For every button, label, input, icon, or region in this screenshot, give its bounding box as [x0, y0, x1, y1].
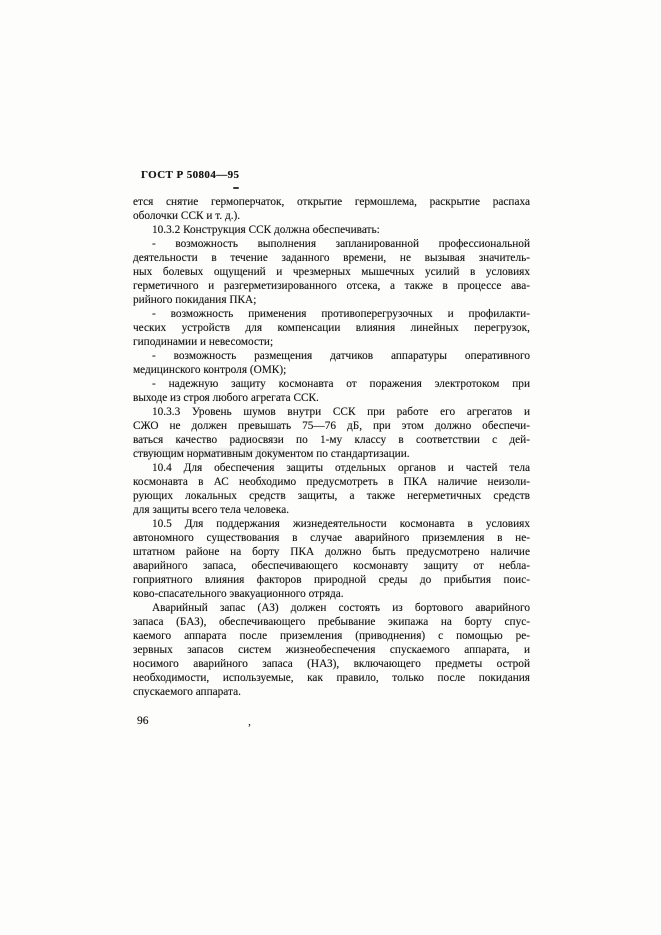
text-line: ных болевых ощущений и чрезмерных мышечн…: [133, 265, 530, 279]
text-line: запаса (БАЗ), обеспечивающего пребывание…: [133, 615, 530, 629]
text-line: медицинского контроля (ОМК);: [133, 363, 530, 377]
text-line: штатном районе на борту ПКА должно быть …: [133, 545, 530, 559]
scan-artifact-bleed: [134, 448, 284, 453]
text-line: 10.4 Для обеспечения защиты отдельных ор…: [133, 461, 530, 475]
text-line: необходимости, используемые, как правило…: [133, 671, 530, 685]
text-line: рующих локальных средств защиты, а также…: [133, 489, 530, 503]
text-line: - надежную защиту космонавта от поражени…: [133, 377, 530, 391]
scan-artifact-comma: ,: [248, 714, 251, 729]
text-line: - возможность применения противоперегруз…: [133, 307, 530, 321]
paragraph: - возможность применения противоперегруз…: [133, 307, 530, 349]
text-line: зервных запасов систем жизнеобеспечения …: [133, 643, 530, 657]
text-line: герметичного и разгерметизированного отс…: [133, 279, 530, 293]
text-line: для защиты всего тела человека.: [133, 503, 530, 517]
text-line: гиподинамии и невесомости;: [133, 335, 530, 349]
text-line: СЖО не должен превышать 75—76 дБ, при эт…: [133, 419, 530, 433]
document-header: ГОСТ Р 50804—95: [141, 169, 239, 181]
text-line: Аварийный запас (АЗ) должен состоять из …: [133, 601, 530, 615]
scan-artifact-dash: [233, 187, 239, 189]
text-line: ется снятие гермоперчаток, открытие герм…: [133, 195, 530, 209]
page-number: 96: [137, 715, 149, 727]
document-page: ГОСТ Р 50804—95 ется снятие гермоперчато…: [0, 0, 661, 935]
text-line: аварийного запаса, обеспечивающего космо…: [133, 559, 530, 573]
paragraph: 10.3.2 Конструкция ССК должна обеспечива…: [133, 223, 530, 237]
text-line: оболочки ССК и т. д.).: [133, 209, 530, 223]
body-text: ется снятие гермоперчаток, открытие герм…: [133, 195, 530, 699]
text-line: ческих устройств для компенсации влияния…: [133, 321, 530, 335]
text-line: ваться качество радиосвязи по 1-му класс…: [133, 433, 530, 447]
text-line: автономного существования в случае авари…: [133, 531, 530, 545]
text-line: выходе из строя любого агрегата ССК.: [133, 391, 530, 405]
text-line: 10.5 Для поддержания жизнедеятельности к…: [133, 517, 530, 531]
paragraph: 10.4 Для обеспечения защиты отдельных ор…: [133, 461, 530, 517]
paragraph: - возможность выполнения запланированной…: [133, 237, 530, 307]
text-line: спускаемого аппарата.: [133, 685, 530, 699]
text-line: 10.3.3 Уровень шумов внутри ССК при рабо…: [133, 405, 530, 419]
text-line: каемого аппарата после приземления (прив…: [133, 629, 530, 643]
text-line: космонавта в АС необходимо предусмотреть…: [133, 475, 530, 489]
text-line: - возможность выполнения запланированной…: [133, 237, 530, 251]
text-line: носимого аварийного запаса (НАЗ), включа…: [133, 657, 530, 671]
text-line: - возможность размещения датчиков аппара…: [133, 349, 530, 363]
text-line: рийного покидания ПКА;: [133, 293, 530, 307]
paragraph: - надежную защиту космонавта от поражени…: [133, 377, 530, 405]
text-line: деятельности в течение заданного времени…: [133, 251, 530, 265]
paragraph: Аварийный запас (АЗ) должен состоять из …: [133, 601, 530, 699]
paragraph: - возможность размещения датчиков аппара…: [133, 349, 530, 377]
paragraph: 10.5 Для поддержания жизнедеятельности к…: [133, 517, 530, 601]
text-line: гоприятного влияния факторов природной с…: [133, 573, 530, 587]
text-line: ково-спасательного эвакуационного отряда…: [133, 587, 530, 601]
paragraph: ется снятие гермоперчаток, открытие герм…: [133, 195, 530, 223]
text-line: 10.3.2 Конструкция ССК должна обеспечива…: [133, 223, 530, 237]
